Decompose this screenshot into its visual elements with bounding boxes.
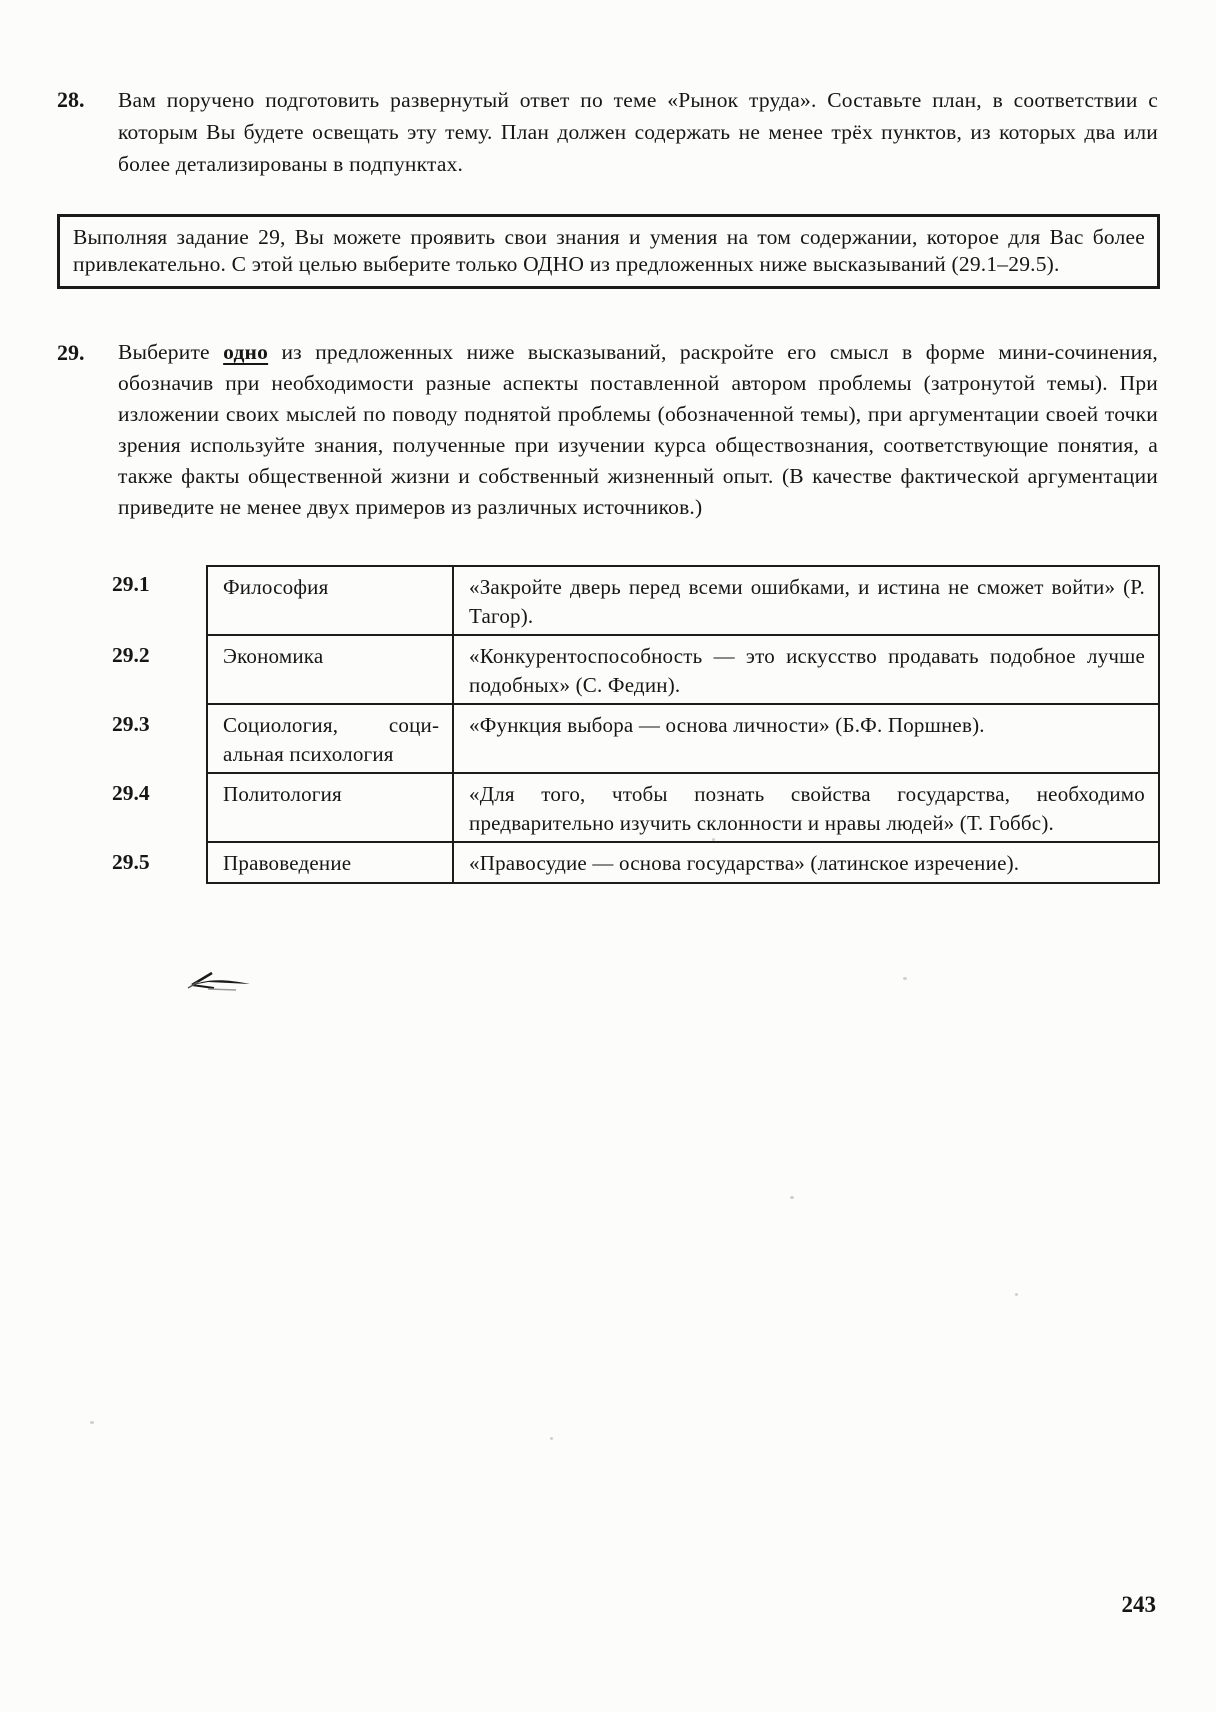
quote-row-number: 29.5: [112, 843, 206, 884]
quote-row: 29.3 Социология, соци­альная психология …: [112, 705, 1160, 774]
scan-speck: [90, 1421, 94, 1424]
discipline-cell: Социология, соци­альная психология: [206, 705, 452, 774]
page-number: 243: [1122, 1592, 1157, 1618]
quote-cell: «Для того, чтобы познать свойства госуда…: [452, 774, 1160, 843]
quote-row-number: 29.2: [112, 636, 206, 705]
quote-cell: «Закройте дверь перед всеми ошибками, и …: [452, 565, 1160, 636]
quote-row-number: 29.4: [112, 774, 206, 843]
discipline-cell: Экономика: [206, 636, 452, 705]
task-28-text: Вам поручено подготовить развернутый отв…: [118, 84, 1158, 180]
discipline-cell: Правоведение: [206, 843, 452, 884]
quote-cell: «Конкурентоспособность — это искусство п…: [452, 636, 1160, 705]
quote-row: 29.1 Философия «Закройте дверь перед все…: [112, 565, 1160, 636]
ink-mark-icon: [178, 958, 258, 1005]
quote-row: 29.5 Правоведение «Правосудие — основа г…: [112, 843, 1160, 884]
quote-row: 29.2 Экономика «Конкурентоспособность — …: [112, 636, 1160, 705]
notice-text: Выполняя задание 29, Вы можете проявить …: [73, 224, 1145, 277]
task-29-number: 29.: [57, 337, 109, 369]
scanned-exam-page: 28. Вам поручено подготовить развернутый…: [0, 0, 1216, 1712]
discipline-cell: Философия: [206, 565, 452, 636]
discipline-cell: Политология: [206, 774, 452, 843]
task-29-underlined-word: одно: [223, 340, 268, 364]
task-29-text-before: Выберите: [118, 340, 223, 364]
scan-speck: [903, 977, 907, 980]
quote-row-number: 29.1: [112, 565, 206, 636]
scan-speck: [1015, 1293, 1018, 1296]
quotes-table: 29.1 Философия «Закройте дверь перед все…: [112, 565, 1160, 884]
scan-speck: [790, 1196, 794, 1199]
quote-cell: «Функция выбора — основа личности» (Б.Ф.…: [452, 705, 1160, 774]
task-29-text: Выберите одно из предложенных ниже выска…: [118, 337, 1158, 523]
task-28-number: 28.: [57, 84, 109, 116]
scan-speck: [550, 1437, 553, 1440]
quote-cell: «Правосудие — основа государства» (латин…: [452, 843, 1160, 884]
task-29-text-after: из предложенных ниже высказываний, раскр…: [118, 340, 1158, 519]
notice-box: Выполняя задание 29, Вы можете проявить …: [57, 214, 1160, 289]
quote-row-number: 29.3: [112, 705, 206, 774]
scan-speck: [712, 838, 715, 841]
quote-row: 29.4 Политология «Для того, чтобы познат…: [112, 774, 1160, 843]
